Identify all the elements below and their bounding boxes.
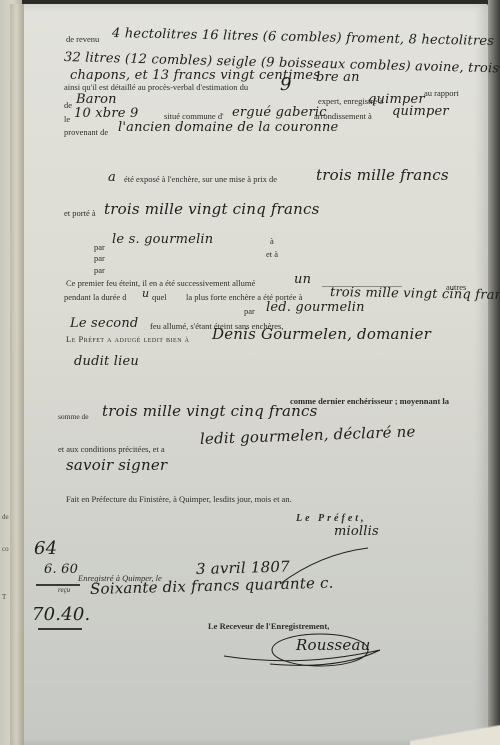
mise-a-prix-label: été exposé à l'enchère, sur une mise à p… — [124, 174, 277, 184]
margin-number-1: 64 — [34, 538, 57, 559]
somme-value: trois mille vingt cinq francs — [102, 402, 318, 420]
feux-count: un — [294, 272, 311, 287]
feux-par-label: par — [244, 306, 255, 316]
signature-flourish — [220, 628, 390, 678]
book-gutter — [10, 4, 24, 745]
feux-label-1: Ce premier feu éteint, il en a été succe… — [66, 278, 255, 288]
prefet-signature: miollis — [334, 524, 379, 539]
somme-label: somme de — [58, 412, 89, 421]
porte-label: et porté à — [64, 208, 96, 218]
page-corner — [410, 723, 500, 745]
par-name-1: le s. gourmelin — [112, 232, 213, 247]
left-page-fragment: de — [2, 513, 9, 521]
mise-a-prix-value: trois mille francs — [316, 166, 449, 184]
margin-rule-2 — [38, 628, 82, 630]
commune-name: ergué gaberic — [232, 105, 327, 120]
le-label: le — [64, 114, 70, 124]
estimation-label: ainsi qu'il est détaillé au procès-verba… — [64, 82, 248, 92]
feux-par-name: led. gourmelin — [266, 300, 365, 315]
savoir-signer: savoir signer — [66, 456, 167, 474]
mise-a-prix-a: a — [108, 170, 116, 185]
le-second-feu: Le second — [70, 316, 138, 331]
left-page-fragment: T — [2, 593, 6, 601]
page-edge-shadow — [488, 0, 500, 745]
arrondissement-name: quimper — [392, 104, 449, 119]
feux-label-2b: quel — [152, 292, 167, 302]
par-suffix-2: et à — [266, 249, 278, 259]
adjuge-label: Le Préfet a adjugé ledit bien à — [66, 334, 190, 344]
expert-name: Baron — [76, 92, 117, 107]
porte-value: trois mille vingt cinq francs — [104, 200, 320, 218]
par-label-2: par — [94, 253, 105, 263]
conditions-label: et aux conditions précitées, et a — [58, 444, 165, 454]
margin-total: 70.40. — [32, 604, 90, 625]
estimation-day: 9 — [280, 74, 292, 95]
estimation-date-2: 10 xbre 9 — [74, 106, 138, 121]
margin-recu: reçu — [58, 586, 70, 594]
provenant-label: provenant de — [64, 127, 108, 137]
estimation-month: bre an — [316, 70, 360, 85]
de-label: de — [64, 100, 72, 110]
par-suffix-1: à — [270, 236, 274, 246]
adjudicataire-lieu: dudit lieu — [74, 354, 139, 369]
feux-label-2a: pendant la durée d — [64, 292, 127, 302]
par-label-1: par — [94, 242, 105, 252]
date-flourish — [250, 544, 390, 588]
provenant-handwriting: l'ancien domaine de la couronne — [118, 120, 338, 135]
margin-number-2: 6. 60 — [44, 562, 78, 577]
rapport-label: au rapport — [424, 88, 459, 98]
adjudicataire-name: Denis Gourmelen, domanier — [212, 325, 431, 343]
left-page-fragment: co — [2, 545, 9, 553]
feux-du: u — [142, 287, 149, 300]
prefet-title: Le Préfet, — [296, 513, 367, 524]
par-label-3: par — [94, 265, 105, 275]
fait-label: Fait en Préfecture du Finistère, à Quimp… — [66, 494, 292, 504]
revenu-label: de revenu — [66, 34, 99, 44]
